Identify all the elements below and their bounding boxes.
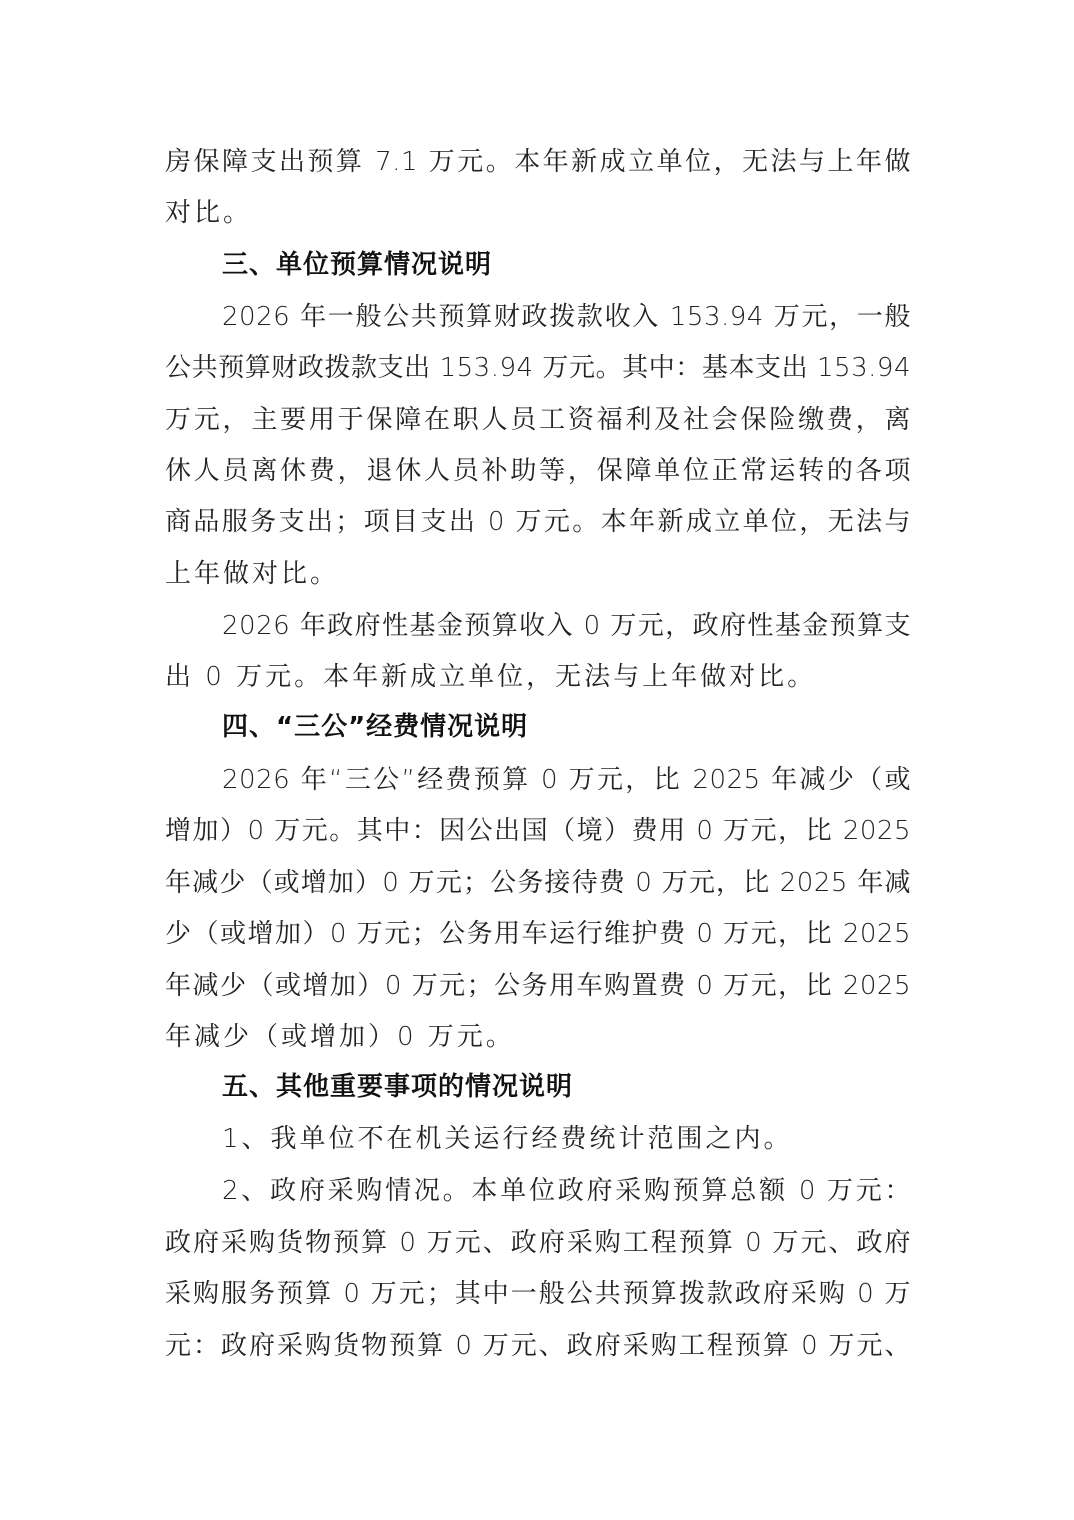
paragraph-line: 2026 年“三公”经费预算 0 万元，比 2025 年减少（或 [222,760,911,800]
paragraph-line: 2、政府采购情况。本单位政府采购预算总额 0 万元： [222,1171,911,1211]
section-heading-other-matters: 五、其他重要事项的情况说明 [222,1067,573,1107]
paragraph-line: 上年做对比。 [165,554,911,594]
paragraph-line: 年减少（或增加）0 万元；公务用车购置费 0 万元，比 2025 [165,966,911,1006]
paragraph-line: 休人员离休费，退休人员补助等，保障单位正常运转的各项 [165,451,911,491]
paragraph-line: 房保障支出预算 7.1 万元。本年新成立单位，无法与上年做 [165,142,911,182]
paragraph-line: 对比。 [165,193,911,233]
section-heading-three-public-expenses: 四、“三公”经费情况说明 [222,707,528,747]
paragraph-line: 公共预算财政拨款支出 153.94 万元。其中：基本支出 153.94 [165,348,911,388]
document-page: 房保障支出预算 7.1 万元。本年新成立单位，无法与上年做 对比。 三、单位预算… [0,0,1074,1520]
paragraph-line: 出 0 万元。本年新成立单位，无法与上年做对比。 [165,657,911,697]
paragraph-line: 少（或增加）0 万元；公务用车运行维护费 0 万元，比 2025 [165,914,911,954]
paragraph-line: 1、我单位不在机关运行经费统计范围之内。 [222,1119,911,1159]
paragraph-line: 2026 年一般公共预算财政拨款收入 153.94 万元，一般 [222,297,911,337]
paragraph-line: 万元，主要用于保障在职人员工资福利及社会保险缴费，离 [165,400,911,440]
paragraph-line: 政府采购货物预算 0 万元、政府采购工程预算 0 万元、政府 [165,1223,911,1263]
paragraph-line: 年减少（或增加）0 万元。 [165,1017,911,1057]
paragraph-line: 商品服务支出；项目支出 0 万元。本年新成立单位，无法与 [165,502,911,542]
paragraph-line: 采购服务预算 0 万元；其中一般公共预算拨款政府采购 0 万 [165,1274,911,1314]
paragraph-line: 增加）0 万元。其中：因公出国（境）费用 0 万元，比 2025 [165,811,911,851]
paragraph-line: 2026 年政府性基金预算收入 0 万元，政府性基金预算支 [222,606,911,646]
section-heading-unit-budget: 三、单位预算情况说明 [222,245,492,285]
paragraph-line: 年减少（或增加）0 万元；公务接待费 0 万元，比 2025 年减 [165,863,911,903]
paragraph-line: 元：政府采购货物预算 0 万元、政府采购工程预算 0 万元、 [165,1326,911,1366]
